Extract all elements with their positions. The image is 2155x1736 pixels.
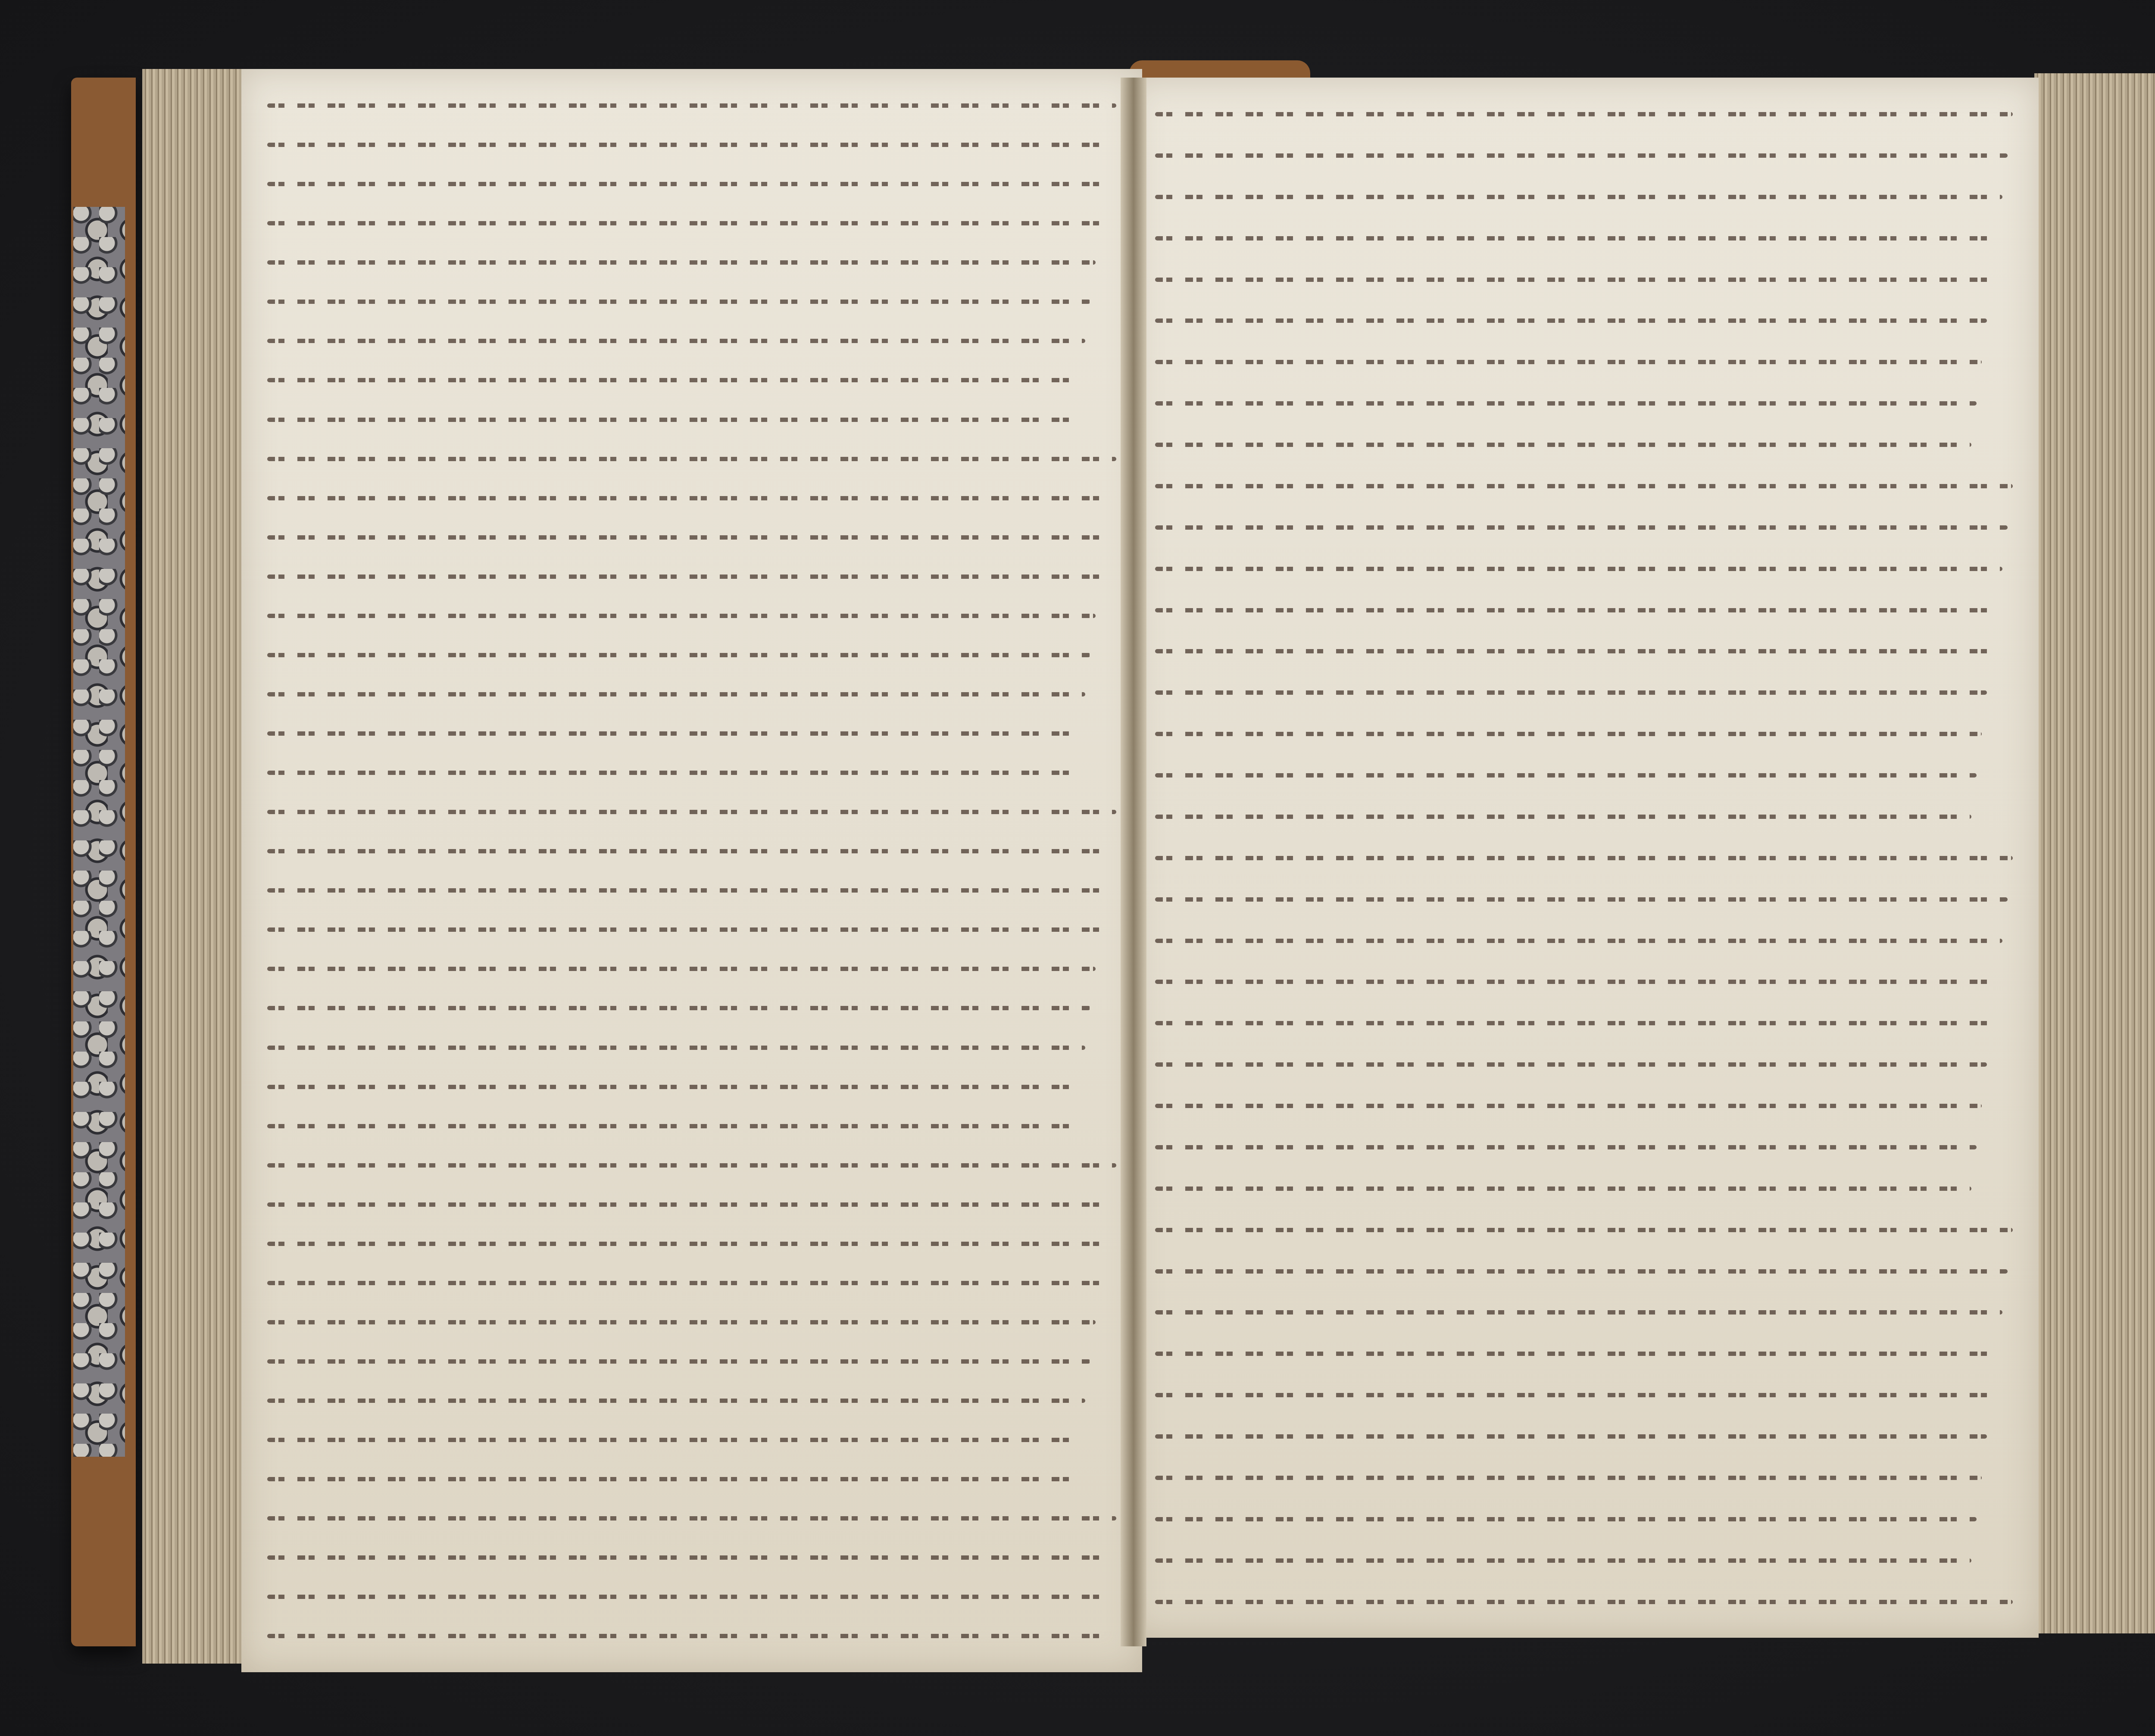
handwritten-line bbox=[267, 287, 1116, 312]
handwritten-line bbox=[1155, 1049, 2013, 1074]
handwritten-line bbox=[267, 1621, 1116, 1646]
handwritten-line bbox=[267, 1307, 1116, 1332]
handwritten-line bbox=[267, 208, 1116, 233]
handwritten-line bbox=[1155, 1256, 2013, 1281]
handwritten-line bbox=[1155, 99, 2013, 124]
handwritten-line bbox=[267, 1346, 1116, 1371]
handwritten-line bbox=[1155, 265, 2013, 290]
handwritten-line bbox=[1155, 223, 2013, 248]
handwritten-line bbox=[1155, 1587, 2013, 1612]
handwritten-line bbox=[267, 797, 1116, 822]
handwritten-line bbox=[1155, 388, 2013, 413]
handwritten-line bbox=[1155, 1091, 2013, 1116]
handwritten-line bbox=[267, 1111, 1116, 1136]
handwritten-line bbox=[267, 91, 1116, 116]
handwritten-line bbox=[267, 130, 1116, 155]
handwritten-line bbox=[1155, 141, 2013, 165]
handwritten-line bbox=[267, 679, 1116, 704]
handwritten-line bbox=[267, 1150, 1116, 1175]
handwritten-line bbox=[267, 993, 1116, 1018]
handwritten-line bbox=[267, 640, 1116, 665]
handwritten-line bbox=[267, 169, 1116, 194]
handwritten-line bbox=[1155, 636, 2013, 661]
page-edges-right bbox=[2034, 73, 2155, 1633]
handwritten-line bbox=[267, 1386, 1116, 1411]
handwritten-line bbox=[1155, 430, 2013, 455]
handwritten-line bbox=[267, 1229, 1116, 1254]
handwritten-line bbox=[267, 718, 1116, 743]
right-page bbox=[1129, 78, 2039, 1638]
handwritten-line bbox=[1155, 1008, 2013, 1033]
handwritten-line bbox=[1155, 554, 2013, 579]
handwritten-line bbox=[267, 1582, 1116, 1607]
handwritten-line bbox=[1155, 347, 2013, 372]
handwritten-line bbox=[1155, 1339, 2013, 1364]
handwritten-line bbox=[267, 247, 1116, 272]
handwritten-line bbox=[267, 1190, 1116, 1215]
handwritten-line bbox=[267, 954, 1116, 979]
page-edges-left bbox=[142, 69, 246, 1664]
handwritten-line bbox=[1155, 802, 2013, 827]
handwritten-line bbox=[1155, 1421, 2013, 1446]
handwritten-line bbox=[1155, 1380, 2013, 1405]
handwritten-line bbox=[1155, 967, 2013, 992]
handwritten-line bbox=[267, 836, 1116, 861]
handwritten-line bbox=[267, 522, 1116, 547]
handwritten-line bbox=[267, 444, 1116, 469]
handwritten-line bbox=[267, 1268, 1116, 1293]
handwritten-line bbox=[267, 1033, 1116, 1058]
handwritten-line bbox=[267, 405, 1116, 430]
handwritten-line bbox=[267, 758, 1116, 783]
handwritten-line bbox=[267, 1542, 1116, 1567]
handwritten-line bbox=[1155, 512, 2013, 537]
handwritten-line bbox=[267, 601, 1116, 626]
handwritten-line bbox=[267, 326, 1116, 351]
handwritten-line bbox=[1155, 884, 2013, 909]
handwritten-line bbox=[267, 1503, 1116, 1528]
left-page-text bbox=[267, 91, 1116, 1646]
handwritten-line bbox=[1155, 1215, 2013, 1240]
left-page bbox=[241, 69, 1142, 1672]
handwritten-line bbox=[1155, 760, 2013, 785]
handwritten-line bbox=[1155, 471, 2013, 496]
handwritten-line bbox=[267, 875, 1116, 900]
handwritten-line bbox=[267, 1072, 1116, 1097]
handwritten-line bbox=[267, 1464, 1116, 1489]
handwritten-line bbox=[1155, 678, 2013, 703]
handwritten-line bbox=[267, 483, 1116, 508]
right-page-text bbox=[1155, 99, 2013, 1612]
handwritten-line bbox=[267, 915, 1116, 940]
handwritten-line bbox=[1155, 926, 2013, 951]
handwritten-line bbox=[1155, 1174, 2013, 1199]
handwritten-line bbox=[1155, 1132, 2013, 1157]
handwritten-line bbox=[1155, 1463, 2013, 1488]
handwritten-line bbox=[1155, 1297, 2013, 1322]
handwritten-line bbox=[1155, 306, 2013, 331]
handwritten-line bbox=[1155, 1546, 2013, 1571]
handwritten-line bbox=[267, 1425, 1116, 1450]
handwritten-line bbox=[1155, 182, 2013, 207]
handwritten-line bbox=[1155, 595, 2013, 620]
book-gutter bbox=[1121, 78, 1146, 1646]
handwritten-line bbox=[267, 562, 1116, 587]
handwritten-line bbox=[267, 365, 1116, 390]
handwritten-line bbox=[1155, 1504, 2013, 1529]
handwritten-line bbox=[1155, 719, 2013, 744]
marbled-board bbox=[73, 207, 125, 1457]
handwritten-line bbox=[1155, 843, 2013, 868]
